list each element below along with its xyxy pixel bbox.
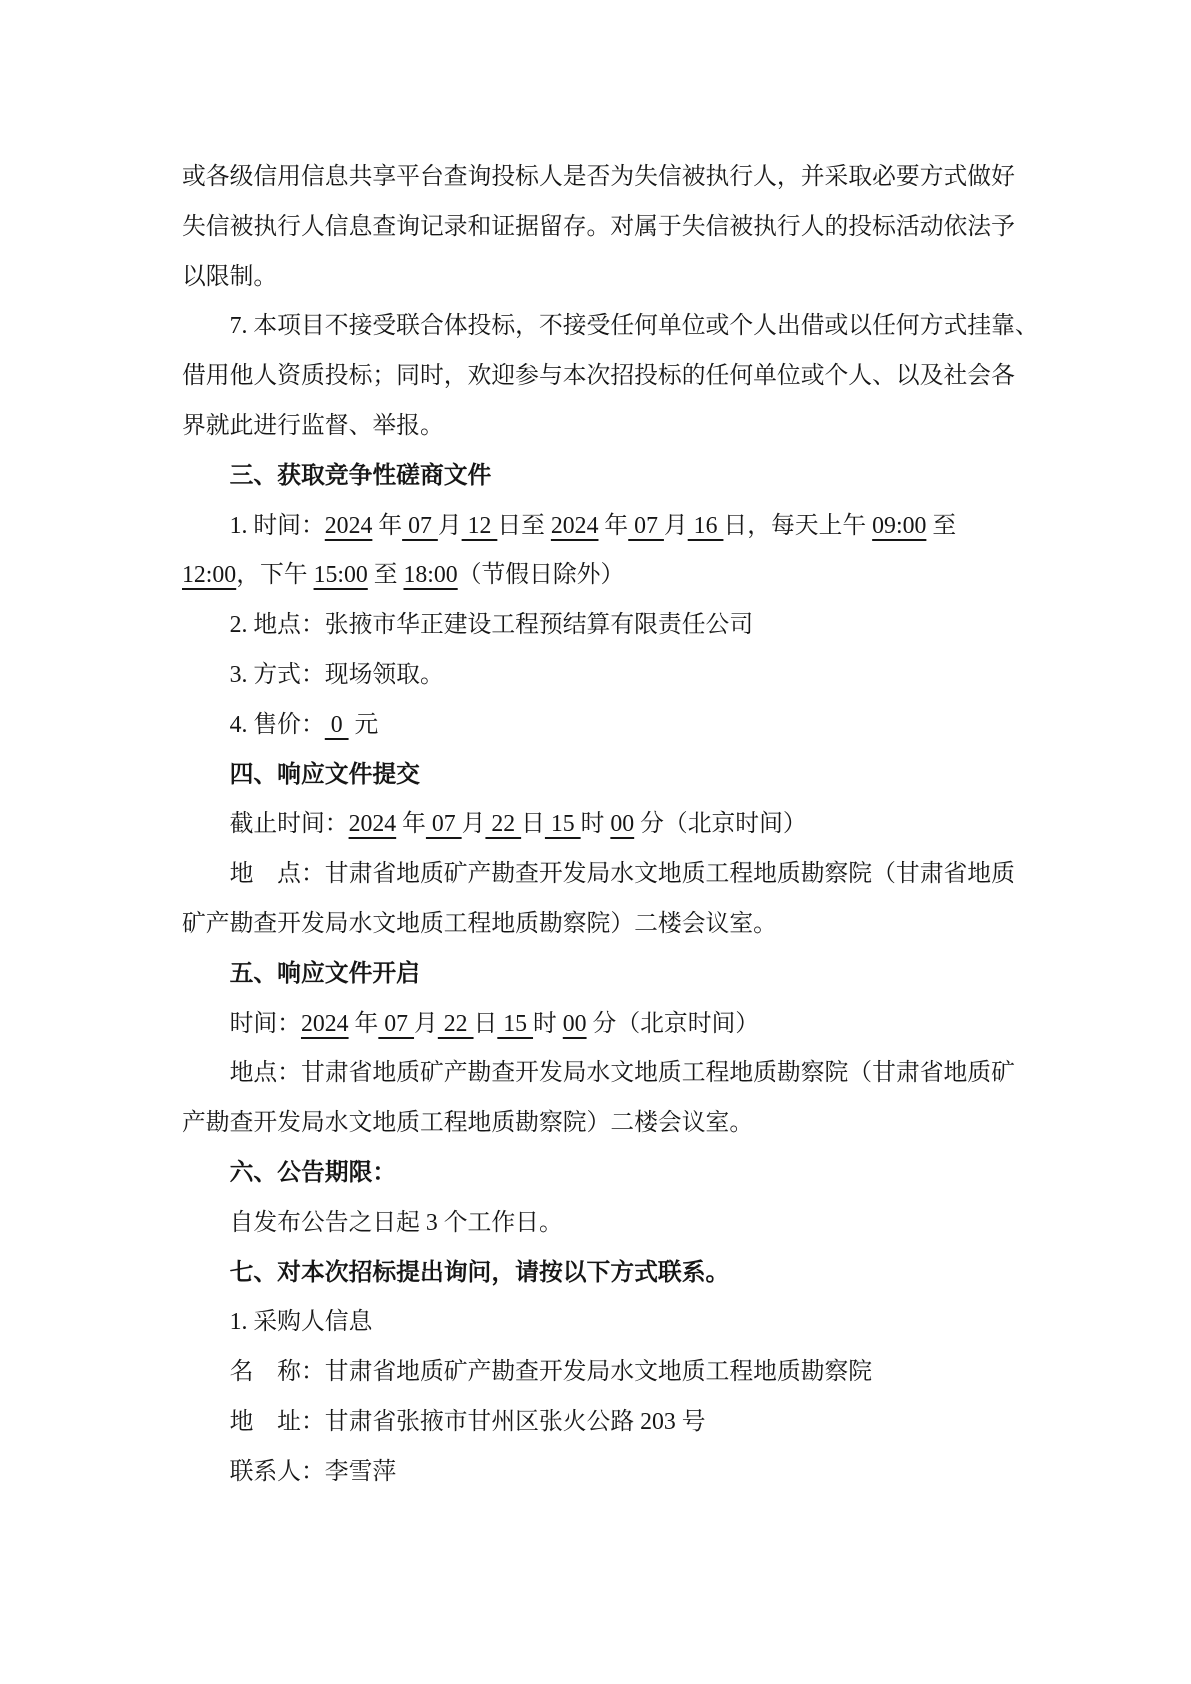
text-run: 月 (438, 513, 462, 539)
paragraph-line: 7. 本项目不接受联合体投标，不接受任何单位或个人出借或以任何方式挂靠、 (182, 302, 1015, 352)
underlined-value: 07 (628, 513, 664, 539)
text-run: 以限制。 (182, 264, 277, 290)
paragraph-line: 失信被执行人信息查询记录和证据留存。对属于失信被执行人的投标活动依法予 (182, 203, 1015, 253)
paragraph-line: 以限制。 (182, 253, 1015, 303)
text-run: 分（北京时间） (587, 1011, 760, 1037)
section-heading: 七、对本次招标提出询问，请按以下方式联系。 (182, 1249, 1015, 1299)
text-run: 三、获取竞争性磋商文件 (230, 463, 492, 489)
text-run: 七、对本次招标提出询问，请按以下方式联系。 (230, 1260, 730, 1286)
paragraph-line: 自发布公告之日起 3 个工作日。 (182, 1199, 1015, 1249)
underlined-value: 18:00 (403, 562, 457, 588)
paragraph-line: 时间：2024 年 07 月 22 日 15 时 00 分（北京时间） (182, 1000, 1015, 1050)
paragraph-line: 2. 地点：张掖市华正建设工程预结算有限责任公司 (182, 601, 1015, 651)
text-run: 2. 地点：张掖市华正建设工程预结算有限责任公司 (230, 612, 754, 638)
underlined-value: 00 (563, 1011, 587, 1037)
underlined-value: 2024 (349, 811, 397, 837)
document-body: 或各级信用信息共享平台查询投标人是否为失信被执行人，并采取必要方式做好失信被执行… (182, 153, 1015, 1498)
text-run: 7. 本项目不接受联合体投标，不接受任何单位或个人出借或以任何方式挂靠、 (230, 313, 1039, 339)
paragraph-line: 界就此进行监督、举报。 (182, 402, 1015, 452)
underlined-value: 22 (485, 811, 521, 837)
text-run: 日 (474, 1011, 498, 1037)
underlined-value: 09:00 (872, 513, 926, 539)
text-run: 年 (372, 513, 402, 539)
text-run: 失信被执行人信息查询记录和证据留存。对属于失信被执行人的投标活动依法予 (182, 214, 1015, 240)
paragraph-line: 地 址：甘肃省张掖市甘州区张火公路 203 号 (182, 1398, 1015, 1448)
text-run: 矿产勘查开发局水文地质工程地质勘察院）二楼会议室。 (182, 911, 777, 937)
paragraph-line: 矿产勘查开发局水文地质工程地质勘察院）二楼会议室。 (182, 900, 1015, 950)
section-heading: 三、获取竞争性磋商文件 (182, 452, 1015, 502)
paragraph-line: 12:00，下午 15:00 至 18:00（节假日除外） (182, 551, 1015, 601)
paragraph-line: 或各级信用信息共享平台查询投标人是否为失信被执行人，并采取必要方式做好 (182, 153, 1015, 203)
paragraph-line: 1. 时间：2024 年 07 月 12 日至 2024 年 07 月 16 日… (182, 502, 1015, 552)
underlined-value: 22 (438, 1011, 474, 1037)
paragraph-line: 4. 售价： 0 元 (182, 701, 1015, 751)
underlined-value: 0 (325, 712, 349, 738)
text-run: 分（北京时间） (634, 811, 807, 837)
text-run: 时 (533, 1011, 563, 1037)
text-run: 月 (462, 811, 486, 837)
text-run: 时间： (230, 1011, 301, 1037)
text-run: ，下午 (236, 562, 313, 588)
paragraph-line: 1. 采购人信息 (182, 1298, 1015, 1348)
text-run: 元 (349, 712, 379, 738)
text-run: 年 (598, 513, 628, 539)
text-run: 截止时间： (230, 811, 349, 837)
paragraph-line: 地点：甘肃省地质矿产勘查开发局水文地质工程地质勘察院（甘肃省地质矿 (182, 1049, 1015, 1099)
text-run: 界就此进行监督、举报。 (182, 413, 444, 439)
underlined-value: 16 (688, 513, 724, 539)
underlined-value: 12:00 (182, 562, 236, 588)
underlined-value: 00 (610, 811, 634, 837)
text-run: 自发布公告之日起 3 个工作日。 (230, 1210, 563, 1236)
text-run: 地 址：甘肃省张掖市甘州区张火公路 203 号 (230, 1409, 706, 1435)
underlined-value: 07 (426, 811, 462, 837)
text-run: 产勘查开发局水文地质工程地质勘察院）二楼会议室。 (182, 1110, 753, 1136)
underlined-value: 2024 (551, 513, 599, 539)
text-run: 日，每天上午 (723, 513, 872, 539)
text-run: 名 称：甘肃省地质矿产勘查开发局水文地质工程地质勘察院 (230, 1359, 873, 1385)
text-run: 日至 (497, 513, 551, 539)
underlined-value: 15:00 (314, 562, 368, 588)
text-run: 3. 方式：现场领取。 (230, 662, 444, 688)
text-run: 四、响应文件提交 (230, 762, 420, 788)
underlined-value: 07 (402, 513, 438, 539)
paragraph-line: 名 称：甘肃省地质矿产勘查开发局水文地质工程地质勘察院 (182, 1348, 1015, 1398)
paragraph-line: 联系人：李雪萍 (182, 1448, 1015, 1498)
text-run: 4. 售价： (230, 712, 325, 738)
underlined-value: 15 (545, 811, 581, 837)
text-run: 1. 时间： (230, 513, 325, 539)
underlined-value: 07 (378, 1011, 414, 1037)
paragraph-line: 地 点：甘肃省地质矿产勘查开发局水文地质工程地质勘察院（甘肃省地质 (182, 850, 1015, 900)
paragraph-line: 截止时间：2024 年 07 月 22 日 15 时 00 分（北京时间） (182, 800, 1015, 850)
underlined-value: 12 (462, 513, 498, 539)
section-heading: 六、公告期限： (182, 1149, 1015, 1199)
underlined-value: 2024 (301, 1011, 349, 1037)
text-run: 联系人：李雪萍 (230, 1459, 397, 1485)
underlined-value: 2024 (325, 513, 373, 539)
document-viewport: { "page": { "background": "#ffffff", "te… (0, 0, 1191, 1684)
text-run: 1. 采购人信息 (230, 1309, 373, 1335)
text-run: 至 (926, 513, 956, 539)
text-run: 六、公告期限： (230, 1160, 397, 1186)
text-run: 地点：甘肃省地质矿产勘查开发局水文地质工程地质勘察院（甘肃省地质矿 (230, 1060, 1015, 1086)
underlined-value: 15 (497, 1011, 533, 1037)
text-run: 月 (664, 513, 688, 539)
paragraph-line: 3. 方式：现场领取。 (182, 651, 1015, 701)
text-run: （节假日除外） (458, 562, 625, 588)
text-run: 地 点：甘肃省地质矿产勘查开发局水文地质工程地质勘察院（甘肃省地质 (230, 861, 1015, 887)
document-page: 或各级信用信息共享平台查询投标人是否为失信被执行人，并采取必要方式做好失信被执行… (0, 0, 1191, 1684)
section-heading: 四、响应文件提交 (182, 751, 1015, 801)
text-run: 或各级信用信息共享平台查询投标人是否为失信被执行人，并采取必要方式做好 (182, 164, 1015, 190)
text-run: 时 (581, 811, 611, 837)
text-run: 五、响应文件开启 (230, 961, 420, 987)
text-run: 借用他人资质投标；同时，欢迎参与本次招投标的任何单位或个人、以及社会各 (182, 363, 1015, 389)
paragraph-line: 产勘查开发局水文地质工程地质勘察院）二楼会议室。 (182, 1099, 1015, 1149)
paragraph-line: 借用他人资质投标；同时，欢迎参与本次招投标的任何单位或个人、以及社会各 (182, 352, 1015, 402)
section-heading: 五、响应文件开启 (182, 950, 1015, 1000)
text-run: 至 (368, 562, 404, 588)
text-run: 月 (414, 1011, 438, 1037)
text-run: 日 (521, 811, 545, 837)
text-run: 年 (349, 1011, 379, 1037)
text-run: 年 (396, 811, 426, 837)
